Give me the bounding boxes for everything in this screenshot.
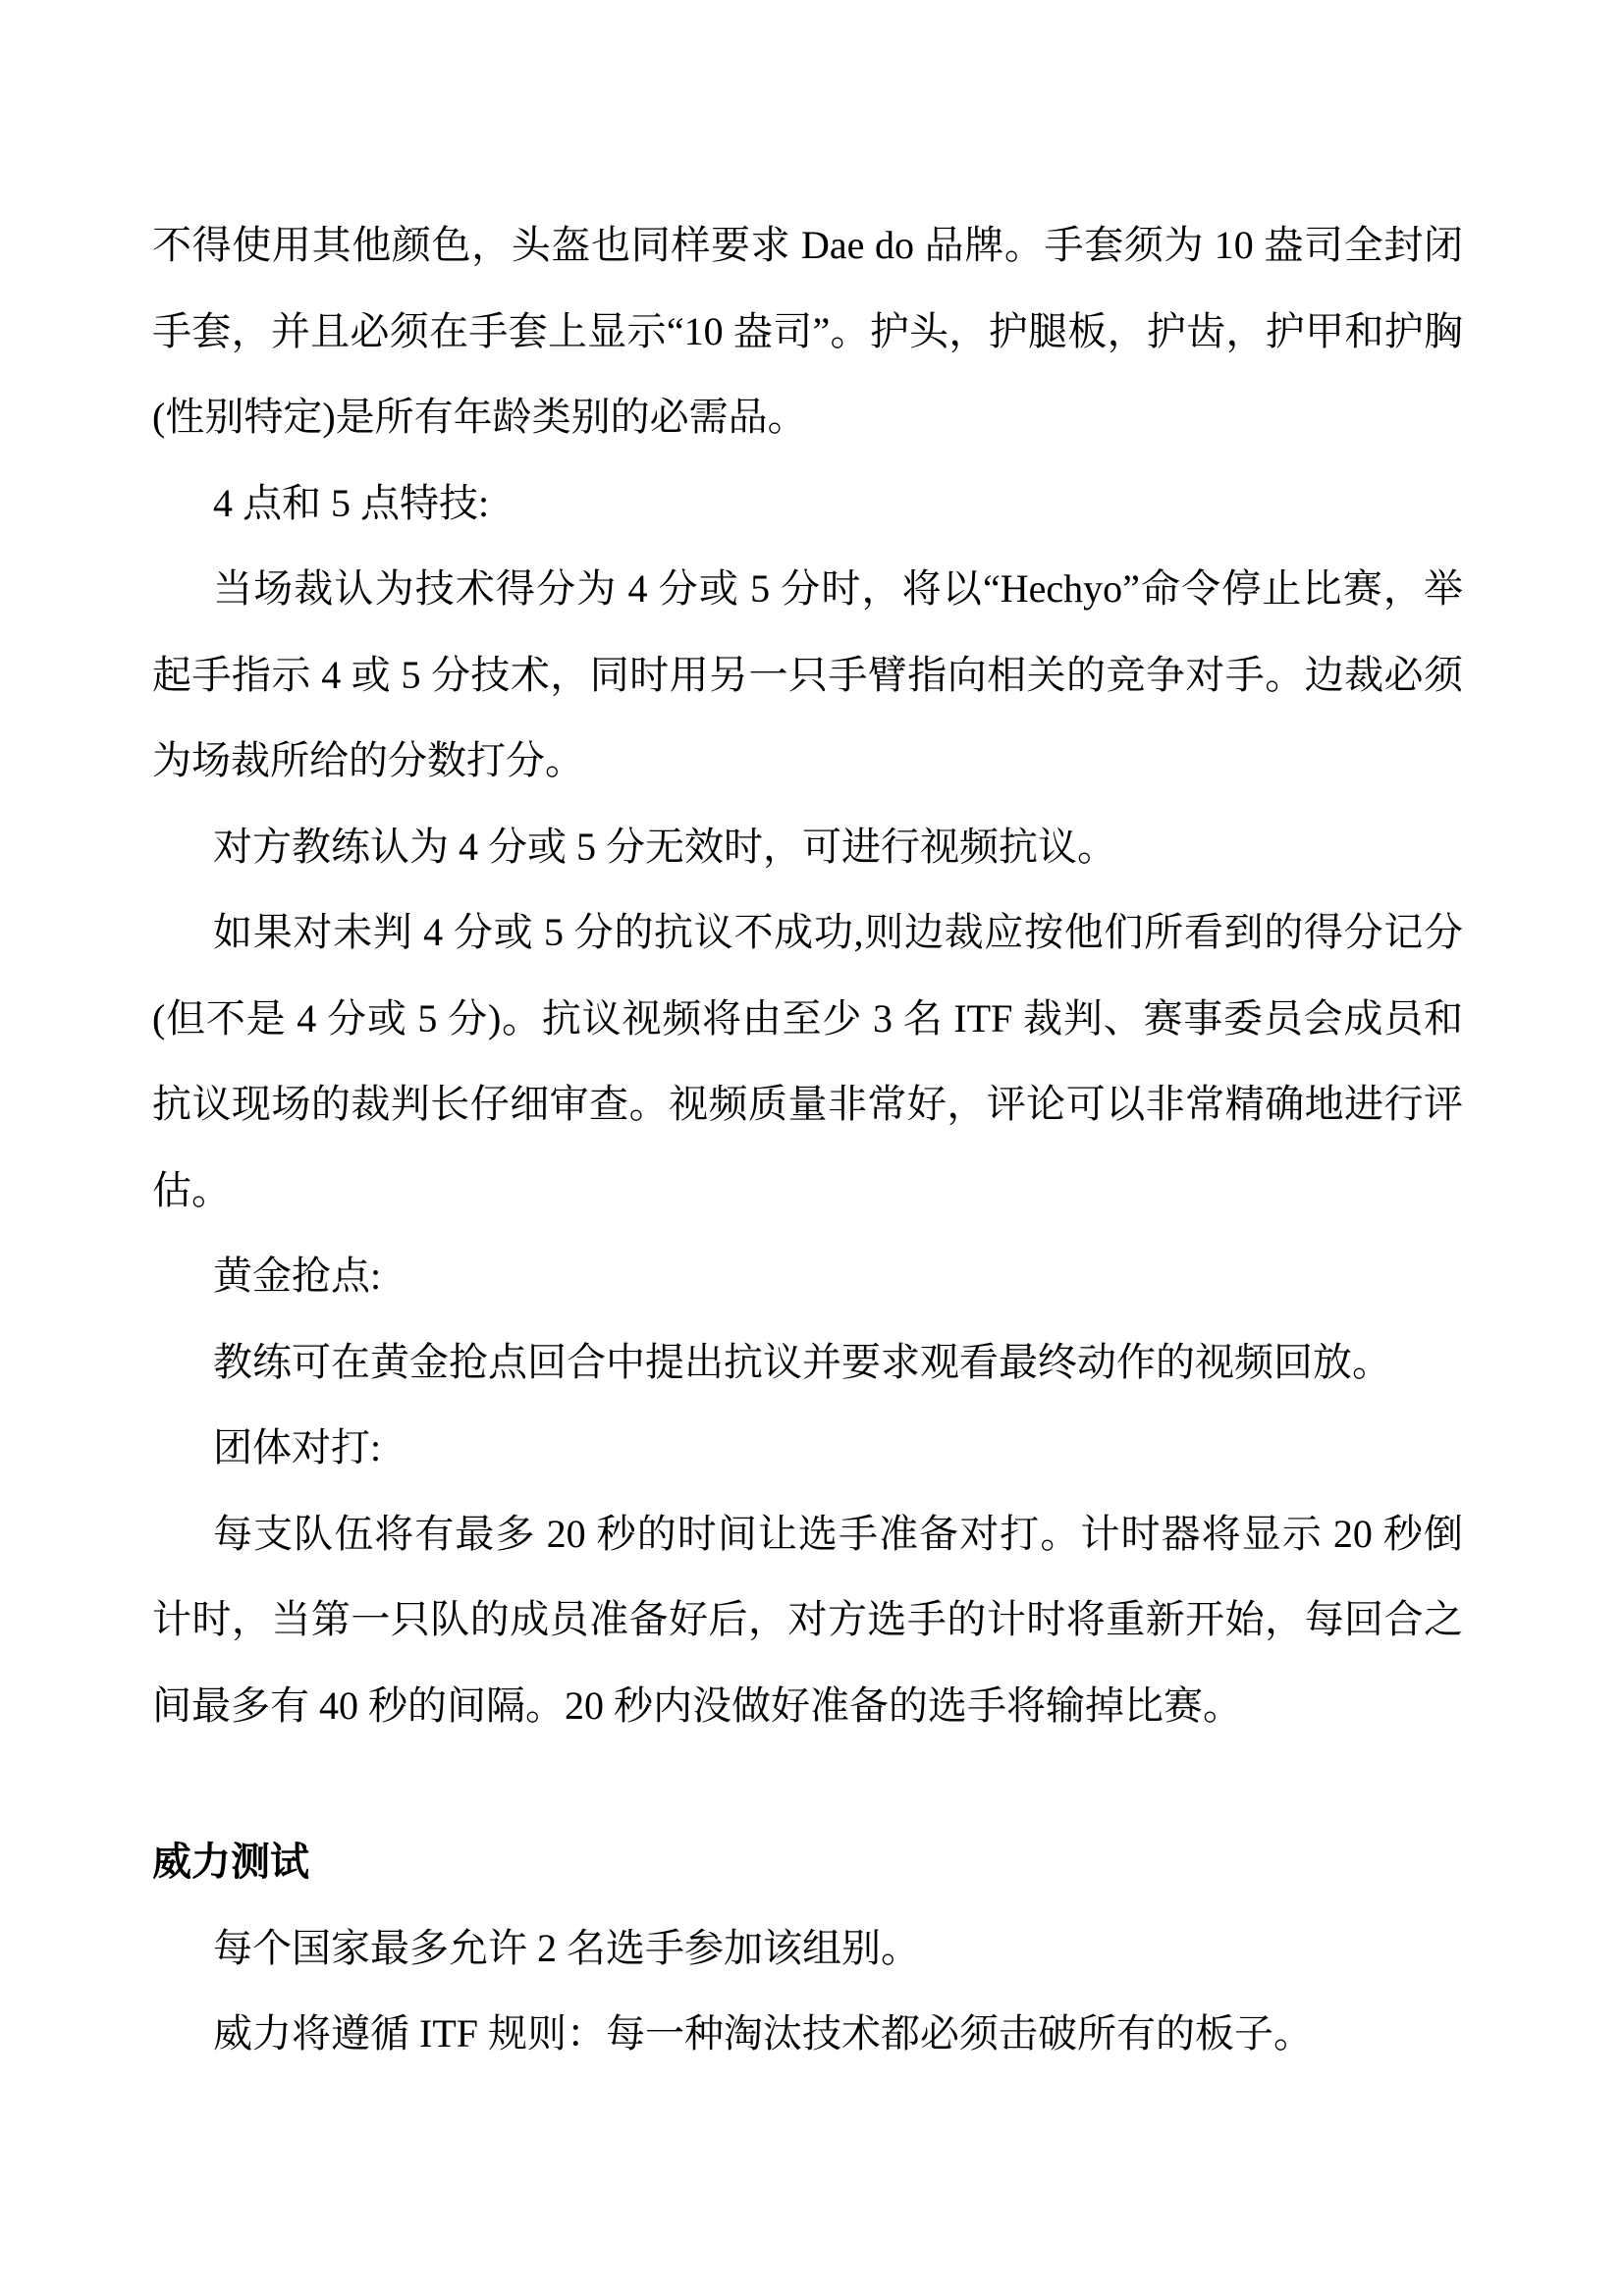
paragraph-golden-point-title: 黄金抢点: [152, 1233, 1463, 1319]
document-page: 不得使用其他颜色，头盔也同样要求 Dae do 品牌。手套须为 10 盎司全封闭… [0, 0, 1624, 2296]
paragraph-golden-point-rule: 教练可在黄金抢点回合中提出抗议并要求观看最终动作的视频回放。 [152, 1319, 1463, 1406]
section-heading-power-test: 威力测试 [152, 1819, 1463, 1905]
paragraph-equipment-rules: 不得使用其他颜色，头盔也同样要求 Dae do 品牌。手套须为 10 盎司全封闭… [152, 202, 1463, 460]
paragraph-team-sparring-title: 团体对打: [152, 1405, 1463, 1491]
paragraph-team-sparring-rule: 每支队伍将有最多 20 秒的时间让选手准备对打。计时器将显示 20 秒倒计时，当… [152, 1491, 1463, 1749]
paragraph-referee-procedure: 当场裁认为技术得分为 4 分或 5 分时，将以“Hechyo”命令停止比赛，举起… [152, 546, 1463, 804]
paragraph-coach-protest: 对方教练认为 4 分或 5 分无效时，可进行视频抗议。 [152, 804, 1463, 890]
paragraph-power-entry-limit: 每个国家最多允许 2 名选手参加该组别。 [152, 1905, 1463, 1992]
paragraph-4-5-point-title: 4 点和 5 点特技: [152, 460, 1463, 547]
paragraph-power-itf-rule: 威力将遵循 ITF 规则：每一种淘汰技术都必须击破所有的板子。 [152, 1991, 1463, 2077]
paragraph-protest-review: 如果对未判 4 分或 5 分的抗议不成功,则边裁应按他们所看到的得分记分(但不是… [152, 889, 1463, 1233]
